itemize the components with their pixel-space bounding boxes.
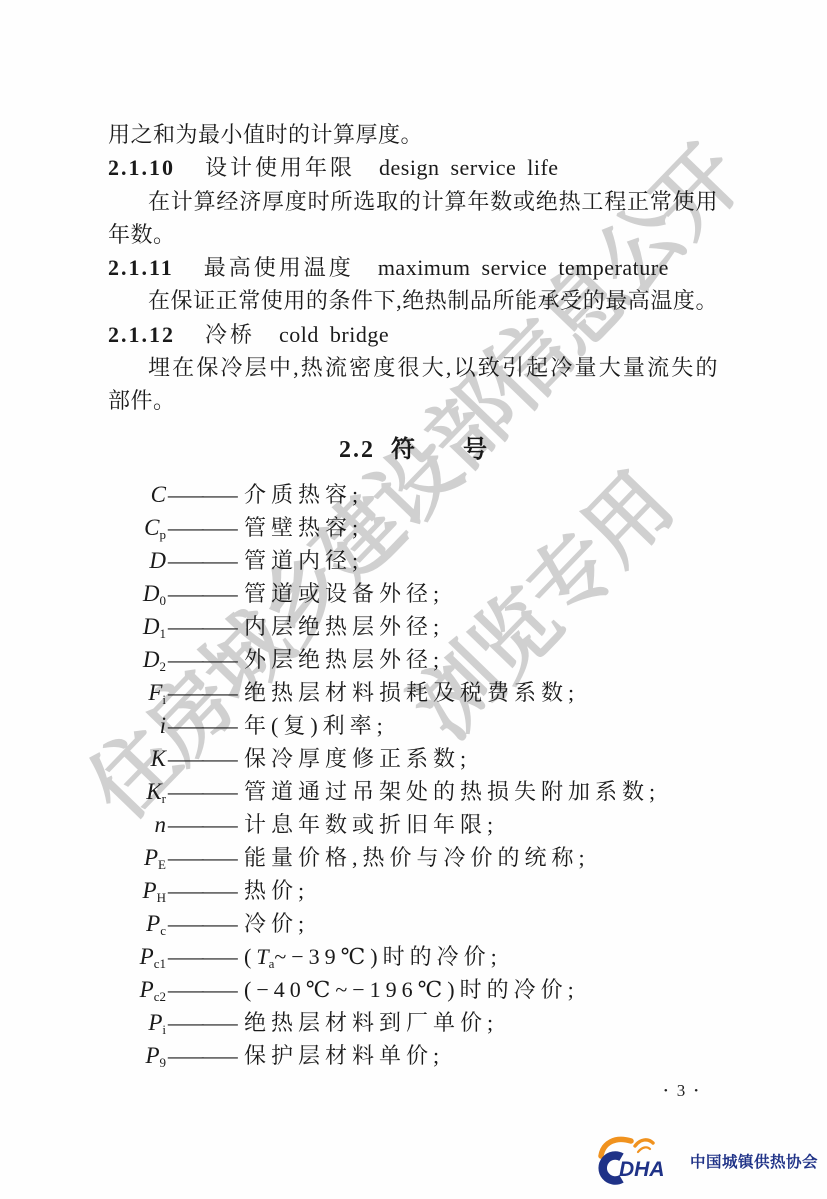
dash: —— [168, 841, 288, 874]
term-definition-line: 2.1.11最高使用温度maximum service temperature [108, 251, 718, 284]
symbol: Pc2 [108, 973, 166, 1006]
symbol: Cp [108, 511, 166, 544]
symbol-row: D0——管道或设备外径; [108, 577, 728, 610]
body-line: 埋在保冷层中,热流密度很大,以致引起冷量大量流失的 [108, 351, 718, 384]
symbol-row: D2——外层绝热层外径; [108, 643, 728, 676]
document-page: 住房城乡建设部信息公开 浏览专用 用之和为最小值时的计算厚度。2.1.10设计使… [0, 0, 827, 1199]
symbol-row: Pc2——(−40℃~−196℃)时的冷价; [108, 973, 728, 1006]
symbol-row: i——年(复)利率; [108, 709, 728, 742]
symbol-row: PH——热价; [108, 874, 728, 907]
body-line: 部件。 [108, 384, 718, 417]
symbol: n [108, 808, 166, 841]
symbol: Pc [108, 907, 166, 940]
association-name: 中国城镇供热协会 [690, 1150, 818, 1172]
symbol: D [108, 544, 166, 577]
symbol-row: D1——内层绝热层外径; [108, 610, 728, 643]
term-en: maximum service temperature [378, 255, 669, 280]
symbol: Kr [108, 775, 166, 808]
symbol: Pi [108, 1006, 166, 1039]
logo-orange-arc-small [635, 1140, 653, 1146]
term-number: 2.1.10 [108, 155, 175, 180]
dash: —— [168, 808, 288, 841]
association-logo: DHA 中国城镇供热协会 [597, 1135, 818, 1187]
symbol: PH [108, 874, 166, 907]
symbol: PE [108, 841, 166, 874]
symbol-description: 管道通过吊架处的热损失附加系数; [244, 779, 660, 804]
symbol-row: PE——能量价格,热价与冷价的统称; [108, 841, 728, 874]
term-number: 2.1.11 [108, 255, 174, 280]
dash: —— [168, 478, 288, 511]
body-line: 用之和为最小值时的计算厚度。 [108, 118, 718, 151]
symbol-list: C——介质热容;Cp——管壁热容;D——管道内径;D0——管道或设备外径;D1—… [108, 478, 728, 1072]
dash: —— [168, 1006, 288, 1039]
symbol: D2 [108, 643, 166, 676]
symbol-description: 能量价格,热价与冷价的统称; [244, 845, 590, 870]
term-number: 2.1.12 [108, 322, 175, 347]
page-number-bullet-right: • [694, 1085, 698, 1097]
symbol-row: C——介质热容; [108, 478, 728, 511]
section-title: 符 号 [391, 437, 487, 463]
symbol: Pc1 [108, 940, 166, 973]
symbol-row: Pc——冷价; [108, 907, 728, 940]
symbol-row: Pc1——(Ta~−39℃)时的冷价; [108, 940, 728, 973]
term-en: cold bridge [279, 322, 389, 347]
logo-orange-arc-tiny [638, 1147, 650, 1152]
dash: —— [168, 709, 288, 742]
dash: —— [168, 511, 288, 544]
symbol-row: Pi——绝热层材料到厂单价; [108, 1006, 728, 1039]
section-heading: 2.2符 号 [108, 436, 718, 464]
symbol: D0 [108, 577, 166, 610]
symbol-row: n——计息年数或折旧年限; [108, 808, 728, 841]
dash: —— [168, 907, 288, 940]
symbol: K [108, 742, 166, 775]
term-zh: 冷桥 [205, 322, 255, 347]
symbol-description: 绝热层材料损耗及税费系数; [244, 680, 579, 705]
symbol-row: Cp——管壁热容; [108, 511, 728, 544]
page-number-bullet-left: • [664, 1085, 668, 1097]
page-content: 用之和为最小值时的计算厚度。2.1.10设计使用年限design service… [0, 0, 827, 1199]
symbol: Fi [108, 676, 166, 709]
symbol-row: K——保冷厚度修正系数; [108, 742, 728, 775]
symbol-row: Fi——绝热层材料损耗及税费系数; [108, 676, 728, 709]
page-number-value: 3 [677, 1081, 686, 1100]
term-definition-line: 2.1.10设计使用年限design service life [108, 151, 718, 184]
symbol: D1 [108, 610, 166, 643]
dash: —— [168, 775, 288, 808]
term-en: design service life [379, 155, 559, 180]
dash: —— [168, 874, 288, 907]
dash: —— [168, 643, 288, 676]
term-definition-line: 2.1.12冷桥cold bridge [108, 318, 718, 351]
body-line: 在保证正常使用的条件下,绝热制品所能承受的最高温度。 [108, 284, 718, 317]
term-zh: 最高使用温度 [204, 255, 354, 280]
symbol-description: (−40℃~−196℃)时的冷价; [244, 977, 579, 1002]
symbol: i [108, 709, 166, 742]
symbol-row: Kr——管道通过吊架处的热损失附加系数; [108, 775, 728, 808]
dash: —— [168, 577, 288, 610]
symbol: C [108, 478, 166, 511]
dash: —— [168, 544, 288, 577]
section-number: 2.2 [339, 437, 375, 463]
dash: —— [168, 610, 288, 643]
symbol-row: D——管道内径; [108, 544, 728, 577]
body-line: 年数。 [108, 218, 718, 251]
dash: —— [168, 676, 288, 709]
dash: —— [168, 742, 288, 775]
dash: —— [168, 973, 288, 1006]
symbol-row: P9——保护层材料单价; [108, 1039, 728, 1072]
page-number: •3• [610, 1081, 752, 1101]
cdha-logo-icon: DHA [597, 1135, 685, 1187]
term-zh: 设计使用年限 [205, 155, 355, 180]
body-line: 在计算经济厚度时所选取的计算年数或绝热工程正常使用 [108, 185, 718, 218]
symbol: P9 [108, 1039, 166, 1072]
dash: —— [168, 1039, 288, 1072]
body-text: 用之和为最小值时的计算厚度。2.1.10设计使用年限design service… [108, 118, 718, 418]
logo-abbr-text: DHA [619, 1158, 665, 1181]
